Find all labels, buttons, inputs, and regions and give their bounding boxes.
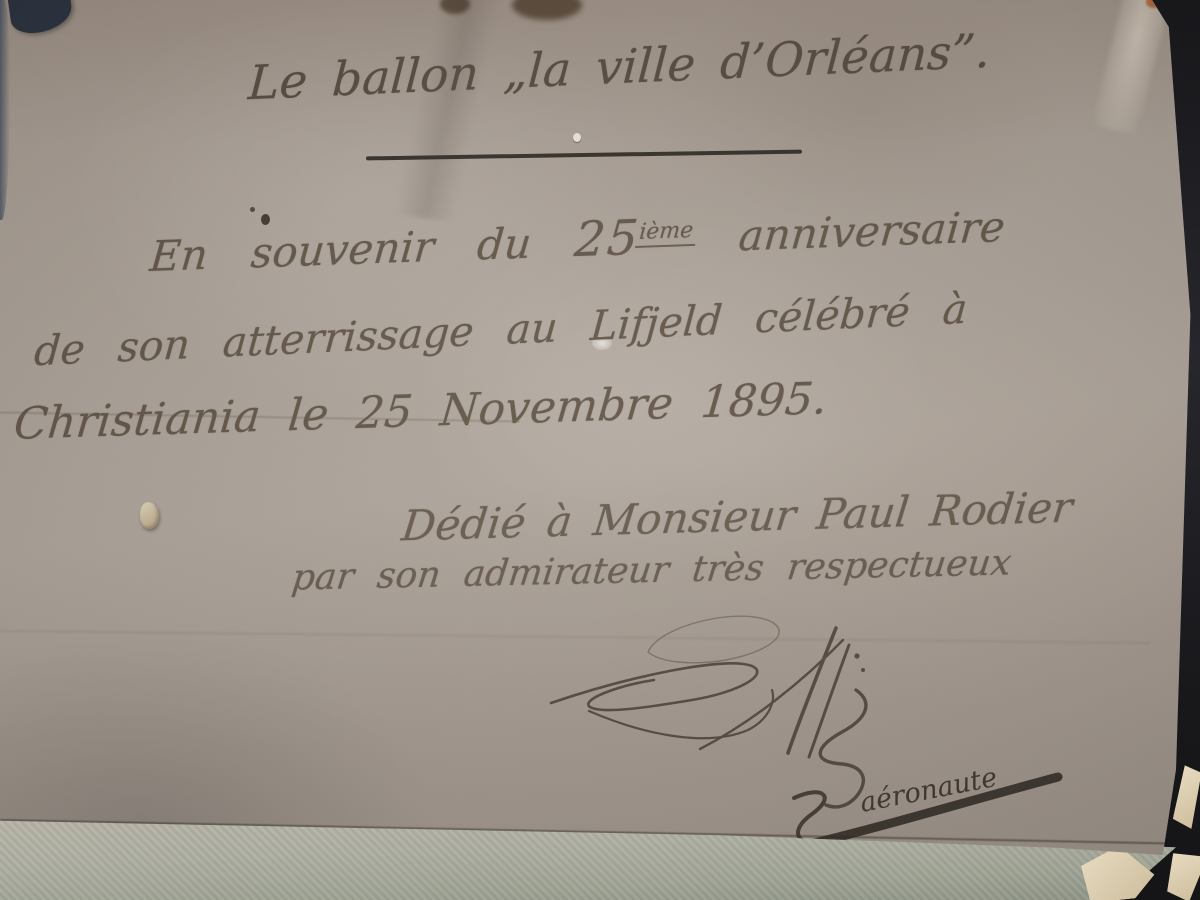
paper-edge-highlight — [1092, 0, 1171, 135]
ink-blot — [250, 207, 255, 212]
place-date-line: Christiania le 25 Novembre 1895. — [12, 373, 829, 450]
dedication-line-2: par son admirateur très respectueux — [290, 542, 1014, 598]
paper-crease — [0, 630, 1150, 644]
ink-blot — [261, 214, 270, 225]
title-underline-rule — [366, 150, 802, 161]
document-title: Le ballon „la ville d’Orléans”. — [247, 24, 992, 112]
memorial-text-end: anniversaire — [737, 202, 1007, 260]
memorial-line: En souvenir du 25ième anniversaire — [148, 197, 1008, 283]
signature-word: aéronaute — [857, 762, 999, 819]
paper-stain — [512, 0, 582, 20]
paper-smudge — [394, 0, 501, 224]
glare-spot — [592, 336, 612, 350]
signature-flourish: aéronaute — [0, 0, 1200, 900]
manuscript-paper: Le ballon „la ville d’Orléans”. En souve… — [0, 0, 1200, 900]
memorial-text-start: En souvenir du — [148, 219, 533, 281]
paper-crease — [0, 411, 520, 422]
paper-crumb — [140, 502, 159, 529]
landing-line: de son atterrissage au Lifjeld célébré à — [33, 285, 969, 376]
left-edge-shadow — [0, 0, 10, 220]
corner-ink-blob — [8, 0, 75, 36]
anniversary-number: 25 — [572, 210, 642, 268]
paper-speck — [573, 133, 581, 142]
dedication-line-1: Dédié à Monsieur Paul Rodier — [399, 483, 1075, 551]
ordinal-suffix: ième — [635, 218, 697, 248]
paper-stain — [440, 0, 470, 14]
manuscript-photo: Le ballon „la ville d’Orléans”. En souve… — [0, 0, 1200, 900]
